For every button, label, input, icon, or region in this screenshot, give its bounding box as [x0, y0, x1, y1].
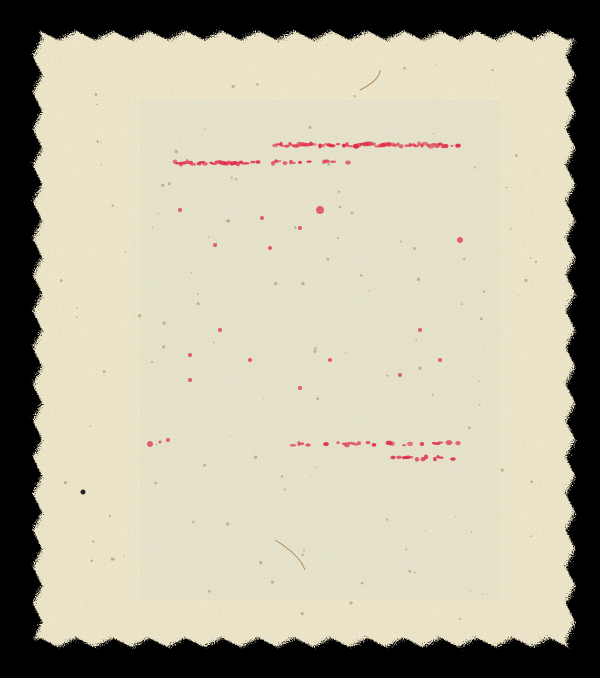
design-show-through [140, 100, 500, 600]
stamp-back-photo [0, 0, 600, 678]
